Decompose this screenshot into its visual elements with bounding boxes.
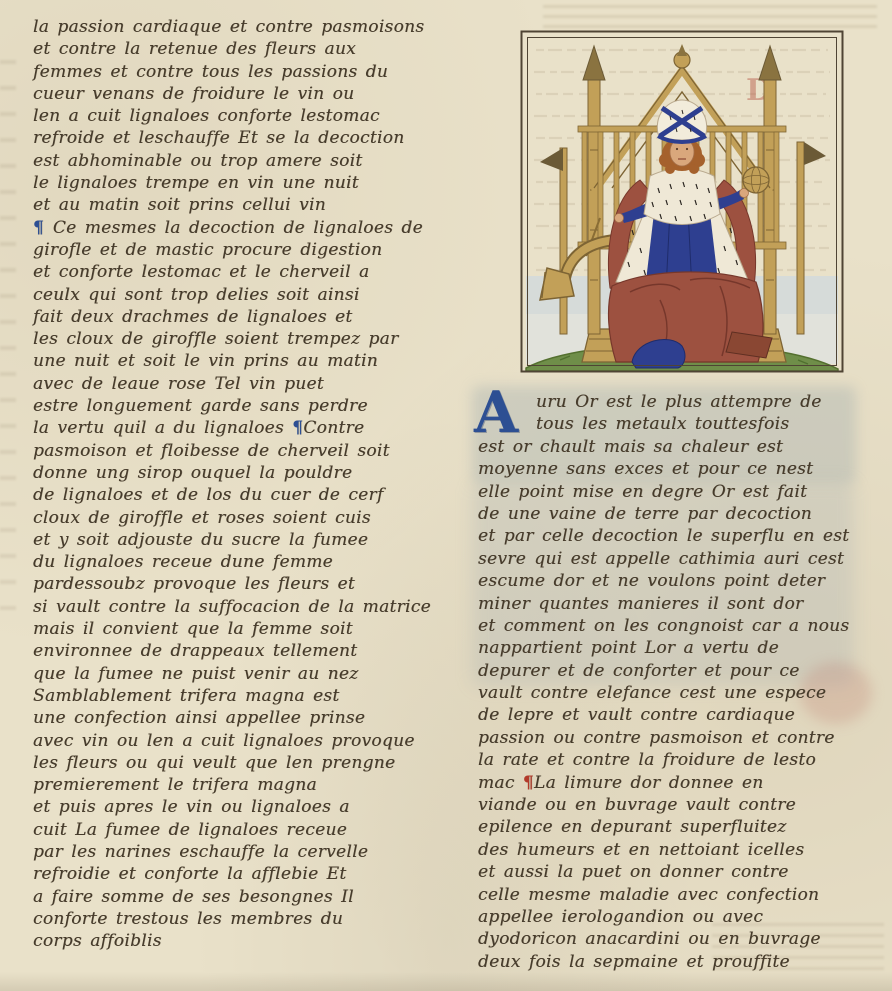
manuscript-line: nappartient point Lor a vertu de: [478, 637, 890, 659]
text-segment: donne ung sirop ouquel la pouldre: [33, 463, 352, 483]
text-segment: celle mesme maladie avec confection: [478, 885, 819, 905]
manuscript-line: miner quantes manieres il sont dor: [478, 593, 890, 615]
text-segment: une nuit et soit le vin prins au matin: [33, 351, 378, 371]
manuscript-line: refroide et leschauffe Et se la decoctio…: [33, 127, 457, 149]
text-segment: elle point mise en degre Or est fait: [478, 482, 807, 502]
manuscript-line: escume dor et ne voulons point deter: [478, 570, 890, 592]
manuscript-line: une confection ainsi appellee prinse: [33, 707, 457, 729]
manuscript-line: du lignaloes receue dune femme: [33, 551, 457, 573]
text-segment: la passion cardiaque et contre pasmoison…: [33, 17, 424, 37]
text-segment: une confection ainsi appellee prinse: [33, 708, 365, 728]
text-segment: et aussi la puet on donner contre: [478, 862, 789, 882]
text-segment: epilence en depurant superfluitez: [478, 817, 787, 837]
ink-showthrough-stain: [543, 3, 877, 28]
text-segment: tous les metaulx touttesfois: [536, 414, 789, 434]
manuscript-line: a faire somme de ses besongnes Il: [33, 886, 457, 908]
text-segment: le lignaloes trempe en vin une nuit: [33, 173, 359, 193]
text-segment: moyenne sans exces et pour ce nest: [478, 459, 813, 479]
text-segment: dyodoricon anacardini ou en buvrage: [478, 929, 821, 949]
text-segment: mac: [478, 773, 523, 793]
manuscript-line: refroidie et conforte la afflebie Et: [33, 863, 457, 885]
text-segment: les fleurs ou qui veult que len prengne: [33, 753, 395, 773]
text-segment: cueur venans de froidure le vin ou: [33, 84, 354, 104]
manuscript-line: et par celle decoction le superflu en es…: [478, 525, 890, 547]
text-segment: les cloux de giroffle soient trempez par: [33, 329, 399, 349]
drop-cap-initial: A: [474, 382, 532, 448]
text-segment: et conforte lestomac et le cherveil a: [33, 262, 369, 282]
text-segment: et y soit adjouste du sucre la fumee: [33, 530, 368, 550]
manuscript-line: si vault contre la suffocacion de la mat…: [33, 596, 457, 618]
manuscript-line: et puis apres le vin ou lignaloes a: [33, 796, 457, 818]
left-text-column: la passion cardiaque et contre pasmoison…: [33, 16, 457, 952]
text-segment: vault contre elefance cest une espece: [478, 683, 826, 703]
text-segment: et puis apres le vin ou lignaloes a: [33, 797, 350, 817]
manuscript-line: est or chault mais sa chaleur est: [478, 436, 890, 458]
paraph-mark: ¶: [33, 218, 53, 238]
text-segment: est abhominable ou trop amere soit: [33, 151, 363, 171]
text-segment: pasmoison et floibesse de cherveil soit: [33, 441, 390, 461]
manuscript-line: deux fois la sepmaine et prouffite: [478, 951, 890, 973]
manuscript-line: ¶ Ce mesmes la decoction de lignaloes de: [33, 217, 457, 239]
text-segment: et comment on les congnoist car a nous: [478, 616, 849, 636]
text-segment: conforte trestous les membres du: [33, 909, 343, 929]
miniature-illustration: D: [520, 30, 844, 373]
manuscript-line: environnee de drappeaux tellement: [33, 640, 457, 662]
text-segment: Samblablement trifera magna est: [33, 686, 340, 706]
page-edge-shadow: [0, 972, 892, 991]
ink-showthrough-stain: [0, 50, 16, 610]
text-segment: cloux de giroffle et roses soient cuis: [33, 508, 371, 528]
manuscript-line: et comment on les congnoist car a nous: [478, 615, 890, 637]
manuscript-line: appellee ierologandion ou avec: [478, 906, 890, 928]
manuscript-line: moyenne sans exces et pour ce nest: [478, 458, 890, 480]
manuscript-page-scan: { "palette":{ "parchment":"#e9e1c9","ink…: [0, 0, 892, 991]
text-segment: sevre qui est appelle cathimia auri cest: [478, 549, 844, 569]
text-segment: uru Or est le plus attempre de: [536, 392, 822, 412]
manuscript-line: des humeurs et en nettoiant icelles: [478, 839, 890, 861]
manuscript-line: cueur venans de froidure le vin ou: [33, 83, 457, 105]
text-segment: de lepre et vault contre cardiaque: [478, 705, 795, 725]
text-segment: du lignaloes receue dune femme: [33, 552, 333, 572]
text-segment: des humeurs et en nettoiant icelles: [478, 840, 804, 860]
manuscript-line: avec vin ou len a cuit lignaloes provoqu…: [33, 730, 457, 752]
manuscript-line: est abhominable ou trop amere soit: [33, 150, 457, 172]
manuscript-line: tous les metaulx touttesfois: [478, 413, 890, 435]
manuscript-line: la vertu quil a du lignaloes ¶Contre: [33, 417, 457, 439]
text-segment: que la fumee ne puist venir au nez: [33, 664, 359, 684]
text-segment: et contre la retenue des fleurs aux: [33, 39, 356, 59]
text-segment: miner quantes manieres il sont dor: [478, 594, 803, 614]
manuscript-line: corps affoiblis: [33, 930, 457, 952]
text-segment: ceulx qui sont trop delies soit ainsi: [33, 285, 360, 305]
manuscript-line: passion ou contre pasmoison et contre: [478, 727, 890, 749]
text-segment: la vertu quil a du lignaloes: [33, 418, 292, 438]
manuscript-line: viande ou en buvrage vault contre: [478, 794, 890, 816]
text-segment: par les narines eschauffe la cervelle: [33, 842, 368, 862]
parchment-page: la passion cardiaque et contre pasmoison…: [0, 0, 892, 991]
manuscript-line: fait deux drachmes de lignaloes et: [33, 306, 457, 328]
text-segment: de lignaloes et de los du cuer de cerf: [33, 485, 384, 505]
manuscript-line: depurer et de conforter et pour ce: [478, 660, 890, 682]
right-text-column: uru Or est le plus attempre detous les m…: [478, 391, 890, 973]
text-segment: la rate et contre la froidure de lesto: [478, 750, 816, 770]
manuscript-line: uru Or est le plus attempre de: [478, 391, 890, 413]
manuscript-line: epilence en depurant superfluitez: [478, 816, 890, 838]
text-segment: appellee ierologandion ou avec: [478, 907, 763, 927]
manuscript-line: femmes et contre tous les passions du: [33, 61, 457, 83]
text-segment: viande ou en buvrage vault contre: [478, 795, 796, 815]
manuscript-line: de lignaloes et de los du cuer de cerf: [33, 484, 457, 506]
manuscript-line: la passion cardiaque et contre pasmoison…: [33, 16, 457, 38]
manuscript-line: vault contre elefance cest une espece: [478, 682, 890, 704]
manuscript-line: pardessoubz provoque les fleurs et: [33, 573, 457, 595]
manuscript-line: les cloux de giroffle soient trempez par: [33, 328, 457, 350]
manuscript-line: sevre qui est appelle cathimia auri cest: [478, 548, 890, 570]
manuscript-line: cloux de giroffle et roses soient cuis: [33, 507, 457, 529]
paraph-mark: ¶: [292, 418, 303, 438]
manuscript-line: mais il convient que la femme soit: [33, 618, 457, 640]
manuscript-line: et y soit adjouste du sucre la fumee: [33, 529, 457, 551]
manuscript-line: Samblablement trifera magna est: [33, 685, 457, 707]
manuscript-line: la rate et contre la froidure de lesto: [478, 749, 890, 771]
text-segment: premierement le trifera magna: [33, 775, 317, 795]
text-segment: pardessoubz provoque les fleurs et: [33, 574, 355, 594]
manuscript-line: que la fumee ne puist venir au nez: [33, 663, 457, 685]
text-segment: Contre: [303, 418, 364, 438]
text-segment: escume dor et ne voulons point deter: [478, 571, 825, 591]
manuscript-line: et conforte lestomac et le cherveil a: [33, 261, 457, 283]
manuscript-line: len a cuit lignaloes conforte lestomac: [33, 105, 457, 127]
manuscript-line: elle point mise en degre Or est fait: [478, 481, 890, 503]
manuscript-line: et au matin soit prins cellui vin: [33, 194, 457, 216]
text-segment: mais il convient que la femme soit: [33, 619, 353, 639]
text-segment: La limure dor donnee en: [534, 773, 763, 793]
text-segment: refroidie et conforte la afflebie Et: [33, 864, 347, 884]
text-segment: estre longuement garde sans perdre: [33, 396, 368, 416]
text-segment: et au matin soit prins cellui vin: [33, 195, 326, 215]
text-segment: environnee de drappeaux tellement: [33, 641, 357, 661]
manuscript-line: une nuit et soit le vin prins au matin: [33, 350, 457, 372]
ermine-tippet: [644, 169, 720, 225]
text-segment: passion ou contre pasmoison et contre: [478, 728, 835, 748]
manuscript-line: ceulx qui sont trop delies soit ainsi: [33, 284, 457, 306]
text-segment: de une vaine de terre par decoction: [478, 504, 812, 524]
text-segment: cuit La fumee de lignaloes receue: [33, 820, 347, 840]
text-segment: depurer et de conforter et pour ce: [478, 661, 800, 681]
manuscript-line: donne ung sirop ouquel la pouldre: [33, 462, 457, 484]
manuscript-line: girofle et de mastic procure digestion: [33, 239, 457, 261]
text-segment: et par celle decoction le superflu en es…: [478, 526, 849, 546]
manuscript-line: pasmoison et floibesse de cherveil soit: [33, 440, 457, 462]
golden-orb: [743, 167, 769, 193]
text-segment: corps affoiblis: [33, 931, 162, 951]
manuscript-line: avec de leaue rose Tel vin puet: [33, 373, 457, 395]
manuscript-line: mac ¶La limure dor donnee en: [478, 772, 890, 794]
manuscript-line: conforte trestous les membres du: [33, 908, 457, 930]
text-segment: si vault contre la suffocacion de la mat…: [33, 597, 431, 617]
manuscript-line: par les narines eschauffe la cervelle: [33, 841, 457, 863]
manuscript-line: les fleurs ou qui veult que len prengne: [33, 752, 457, 774]
manuscript-line: premierement le trifera magna: [33, 774, 457, 796]
manuscript-line: cuit La fumee de lignaloes receue: [33, 819, 457, 841]
paraph-mark: ¶: [523, 773, 534, 793]
manuscript-line: estre longuement garde sans perdre: [33, 395, 457, 417]
manuscript-line: celle mesme maladie avec confection: [478, 884, 890, 906]
text-segment: a faire somme de ses besongnes Il: [33, 887, 354, 907]
manuscript-line: et contre la retenue des fleurs aux: [33, 38, 457, 60]
manuscript-line: de lepre et vault contre cardiaque: [478, 704, 890, 726]
text-segment: len a cuit lignaloes conforte lestomac: [33, 106, 380, 126]
manuscript-line: le lignaloes trempe en vin une nuit: [33, 172, 457, 194]
text-segment: deux fois la sepmaine et prouffite: [478, 952, 790, 972]
manuscript-line: dyodoricon anacardini ou en buvrage: [478, 928, 890, 950]
manuscript-line: et aussi la puet on donner contre: [478, 861, 890, 883]
text-segment: femmes et contre tous les passions du: [33, 62, 388, 82]
text-segment: girofle et de mastic procure digestion: [33, 240, 382, 260]
enthroned-figure-miniature: D: [520, 30, 844, 373]
text-segment: nappartient point Lor a vertu de: [478, 638, 779, 658]
text-segment: avec de leaue rose Tel vin puet: [33, 374, 324, 394]
text-segment: refroide et leschauffe Et se la decoctio…: [33, 128, 405, 148]
text-segment: fait deux drachmes de lignaloes et: [33, 307, 353, 327]
manuscript-line: de une vaine de terre par decoction: [478, 503, 890, 525]
text-segment: avec vin ou len a cuit lignaloes provoqu…: [33, 731, 415, 751]
text-segment: Ce mesmes la decoction de lignaloes de: [53, 218, 423, 238]
